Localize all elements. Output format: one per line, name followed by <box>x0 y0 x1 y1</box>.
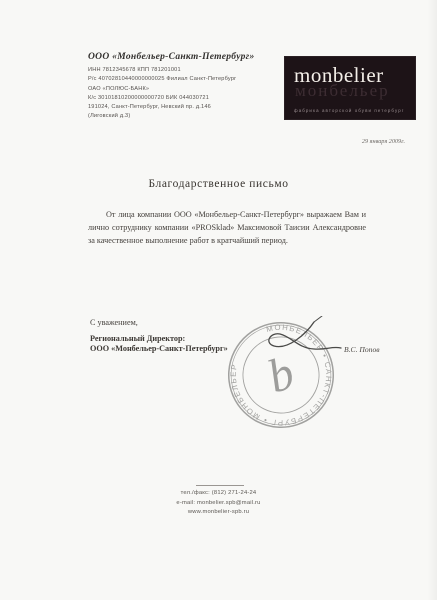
letter-date: 29 января 2009г. <box>362 138 405 145</box>
logo-tagline: фабрика авторской обуви петербург <box>294 108 409 113</box>
footer-phone: тел./факс: (812) 271-24-24 <box>0 489 437 499</box>
company-detail-line: 191024, Санкт-Петербург, Невский пр. д.1… <box>88 103 278 112</box>
company-detail-line: ИНН 7812345678 КПП 781201001 <box>88 66 278 75</box>
company-name: ООО «Монбельер-Санкт-Петербург» <box>88 52 255 62</box>
footer-website: www.monbelier-spb.ru <box>0 508 437 518</box>
company-detail-line: ОАО «ПОЛЮС-БАНК» <box>88 85 278 94</box>
footer-email: e-mail: monbelier.spb@mail.ru <box>0 499 437 509</box>
letter-body: От лица компании ООО «Монбельер-Санкт-Пе… <box>88 208 366 247</box>
scanned-letter-page: ООО «Монбельер-Санкт-Петербург» ИНН 7812… <box>0 0 437 600</box>
salutation: С уважением, <box>90 318 138 327</box>
footer-divider <box>196 485 244 486</box>
signer-company: ООО «Монбельер-Санкт-Петербург» <box>90 344 228 353</box>
signer-position: Региональный Директор: <box>90 334 185 343</box>
company-detail-line: (Лиговский д.3) <box>88 112 278 121</box>
signature-stroke <box>218 316 368 366</box>
signer-name: В.С. Попов <box>344 345 380 354</box>
company-detail-line: К/с 30101810200000000720 БИК 044030721 <box>88 94 278 103</box>
company-details: ИНН 7812345678 КПП 781201001 Р/с 4070281… <box>88 66 278 122</box>
footer-contacts: тел./факс: (812) 271-24-24 e-mail: monbe… <box>0 489 437 518</box>
scan-edge-shading <box>427 0 437 600</box>
logo-wordmark: monbelier <box>294 65 384 86</box>
company-detail-line: Р/с 40702810440000000025 Филиал Санкт-Пе… <box>88 75 278 84</box>
monbelier-logo: монбельер monbelier фабрика авторской об… <box>285 57 415 119</box>
letter-title: Благодарственное письмо <box>0 178 437 190</box>
